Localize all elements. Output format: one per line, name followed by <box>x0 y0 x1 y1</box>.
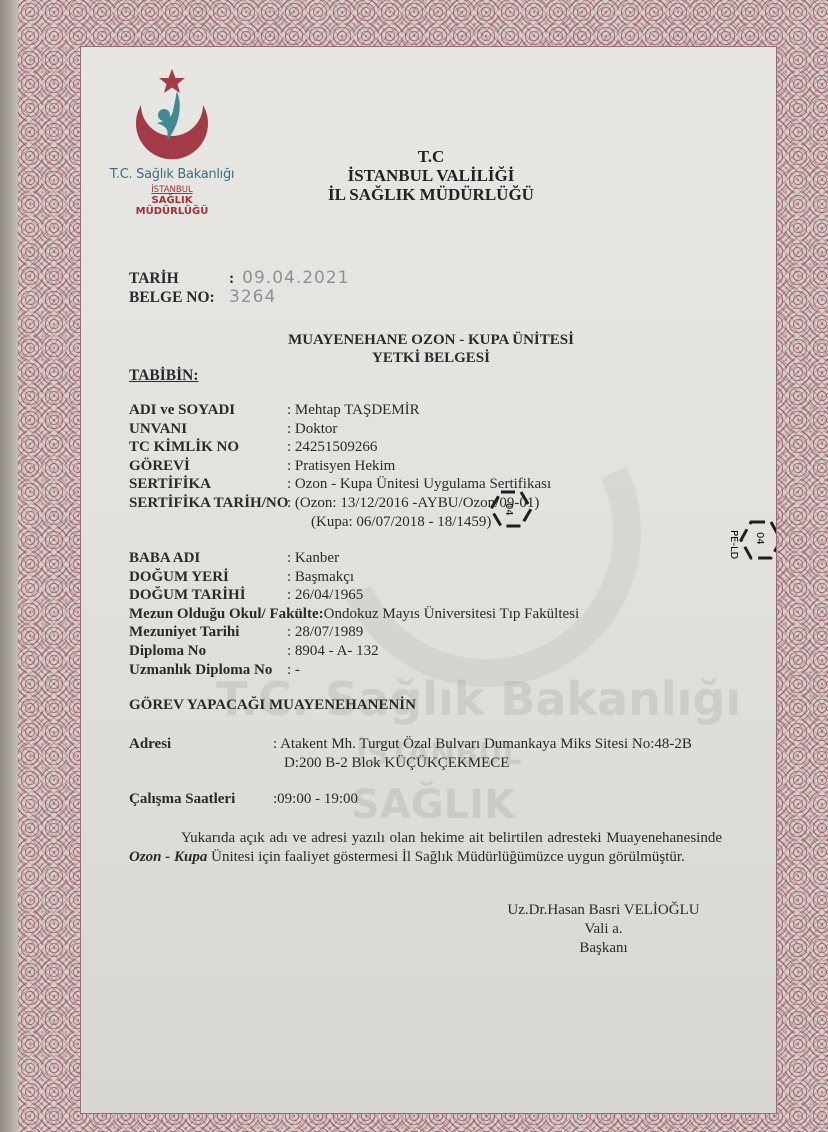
field-label: Uzmanlık Diploma No <box>129 661 287 680</box>
address-label: Adresi <box>129 735 273 754</box>
practice-address: Adresi: Atakent Mh. Turgut Özal Bulvarı … <box>129 735 692 772</box>
ministry-logo: T.C. Sağlık Bakanlığı İSTANBUL SAĞLIK MÜ… <box>97 67 247 217</box>
field-row: BABA ADI: Kanber <box>129 549 579 568</box>
physician-heading: TABİBİN: <box>129 367 198 385</box>
field-label: TC KİMLİK NO <box>129 438 287 457</box>
field-value: : Kanber <box>287 549 339 568</box>
doc-no-label: BELGE NO: <box>129 288 229 307</box>
field-label: Diploma No <box>129 642 287 661</box>
logo-city: İSTANBUL <box>97 185 247 195</box>
crescent-star-figure-icon <box>127 67 217 165</box>
field-row: GÖREVİ: Pratisyen Hekim <box>129 457 551 476</box>
field-value: : 24251509266 <box>287 438 377 457</box>
statement-emphasis: Ozon - Kupa <box>129 849 207 865</box>
field-value: : - <box>287 661 300 680</box>
field-row: Diploma No: 8904 - A- 132 <box>129 642 579 661</box>
signatory-role-1: Vali a. <box>501 920 706 939</box>
field-value: : 28/07/1989 <box>287 623 363 642</box>
approval-statement: Yukarıda açık adı ve adresi yazılı olan … <box>129 829 722 866</box>
field-label: BABA ADI <box>129 549 287 568</box>
working-hours: Çalışma Saatleri:09:00 - 19:00 <box>129 791 358 808</box>
field-label: UNVANI <box>129 420 287 439</box>
field-row: DOĞUM TARİHİ: 26/04/1965 <box>129 586 579 605</box>
title-line-1: MUAYENEHANE OZON - KUPA ÜNİTESİ <box>231 331 631 349</box>
heading-line-2: İSTANBUL VALİLİĞİ <box>281 166 581 185</box>
field-row: Uzmanlık Diploma No: - <box>129 661 579 680</box>
field-value: : Başmakçı <box>287 568 354 587</box>
recycle-icon: 04 <box>481 484 541 539</box>
heading-line-1: T.C <box>281 147 581 166</box>
doc-no-value: 3264 <box>229 288 276 307</box>
field-value: : 8904 - A- 132 <box>287 642 379 661</box>
date-value: 09.04.2021 <box>242 269 349 288</box>
statement-part-1: Yukarıda açık adı ve adresi yazılı olan … <box>181 830 722 846</box>
address-line-1: : Atakent Mh. Turgut Özal Bulvarı Dumank… <box>273 736 692 752</box>
ministry-name: T.C. Sağlık Bakanlığı <box>97 167 247 182</box>
svg-text:PE-LD: PE-LD <box>728 530 739 560</box>
heading-line-3: İL SAĞLIK MÜDÜRLÜĞÜ <box>281 185 581 204</box>
field-value: : 26/04/1965 <box>287 586 363 605</box>
field-value: : Doktor <box>287 420 337 439</box>
field-row: Mezun Olduğu Okul/ Fakülte: Ondokuz Mayı… <box>129 605 579 624</box>
field-label: Mezun Olduğu Okul/ Fakülte: <box>129 605 324 624</box>
certificate-page: T.C. Sağlık Bakanlığı İSTANBUL SAĞLIK T.… <box>80 46 777 1114</box>
document-meta: TARİH : 09.04.2021 BELGE NO: 3264 <box>129 269 350 307</box>
hours-label: Çalışma Saatleri <box>129 791 273 808</box>
logo-directorate-1: SAĞLIK <box>97 195 247 206</box>
signatory-name: Uz.Dr.Hasan Basri VELİOĞLU <box>501 901 706 920</box>
field-row: Mezuniyet Tarihi: 28/07/1989 <box>129 623 579 642</box>
document-title: MUAYENEHANE OZON - KUPA ÜNİTESİ YETKİ BE… <box>231 331 631 367</box>
field-value: Ondokuz Mayıs Üniversitesi Tıp Fakültesi <box>324 605 580 624</box>
field-row: TC KİMLİK NO: 24251509266 <box>129 438 551 457</box>
date-separator: : <box>229 269 234 288</box>
issuer-heading: T.C İSTANBUL VALİLİĞİ İL SAĞLIK MÜDÜRLÜĞ… <box>281 147 581 204</box>
field-row: DOĞUM YERİ: Başmakçı <box>129 568 579 587</box>
svg-text:04: 04 <box>503 503 514 516</box>
signature-block: Uz.Dr.Hasan Basri VELİOĞLU Vali a. Başka… <box>501 901 706 958</box>
field-label: SERTİFİKA <box>129 475 287 494</box>
field-label: DOĞUM YERİ <box>129 568 287 587</box>
watermark-text: SAĞLIK <box>351 782 515 828</box>
field-row: UNVANI: Doktor <box>129 420 551 439</box>
field-value: : Pratisyen Hekim <box>287 457 395 476</box>
title-line-2: YETKİ BELGESİ <box>231 349 631 367</box>
hours-value: :09:00 - 19:00 <box>273 791 358 807</box>
field-label: DOĞUM TARİHİ <box>129 586 287 605</box>
field-label: GÖREVİ <box>129 457 287 476</box>
recycle-icon: 04 PE-LD <box>727 512 777 573</box>
statement-part-2: Ünitesi için faaliyet göstermesi İl Sağl… <box>207 849 684 865</box>
address-line-2: D:200 B-2 Blok KÜÇÜKÇEKMECE <box>129 754 692 773</box>
date-label: TARİH <box>129 269 229 288</box>
signatory-role-2: Başkanı <box>501 939 706 958</box>
field-label: SERTİFİKA TARİH/NO <box>129 494 287 513</box>
logo-directorate-2: MÜDÜRLÜĞÜ <box>97 206 247 217</box>
svg-text:04: 04 <box>754 532 765 545</box>
personal-fields: BABA ADI: KanberDOĞUM YERİ: BaşmakçıDOĞU… <box>129 549 579 679</box>
practice-heading: GÖREV YAPACAĞI MUAYENEHANENİN <box>129 697 416 714</box>
field-label: ADI ve SOYADI <box>129 401 287 420</box>
field-row: ADI ve SOYADI: Mehtap TAŞDEMİR <box>129 401 551 420</box>
field-label: Mezuniyet Tarihi <box>129 623 287 642</box>
field-value: : Mehtap TAŞDEMİR <box>287 401 420 420</box>
